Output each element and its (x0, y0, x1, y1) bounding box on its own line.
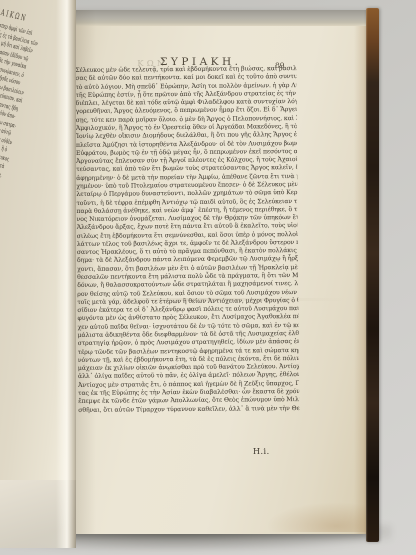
right-page: ΚΩΝ ΣΥΡΙΑΚΗ. 89 Σέλευκος μὲν ὧδε τελευτᾷ… (56, 10, 368, 534)
text-line: σθῆναι, ὅτι αὐτῶν Τίμαρχον τύραννον καθε… (78, 405, 299, 415)
book-cover-edge (366, 8, 379, 542)
page-stain (266, 502, 366, 532)
main-text-block: Σέλευκος μὲν ὧδε τελευτᾷ, τρία καὶ ἑβδομ… (75, 65, 299, 461)
book-photo: ΚΩΝ ΣΥΡΙΑΚΗ. 89 Σέλευκος μὲν ὧδε τελευτᾷ… (0, 0, 416, 555)
page-curl-highlight (56, 0, 76, 548)
left-page-curled: ΩΜΑΙΚΩΝ μάχων, ὥσπερ ἀμφὶ τῶν ἐπὶσαν, ἐφ… (0, 0, 76, 548)
page-top-edge (56, 10, 368, 26)
signature-mark: H.i. (253, 447, 270, 456)
